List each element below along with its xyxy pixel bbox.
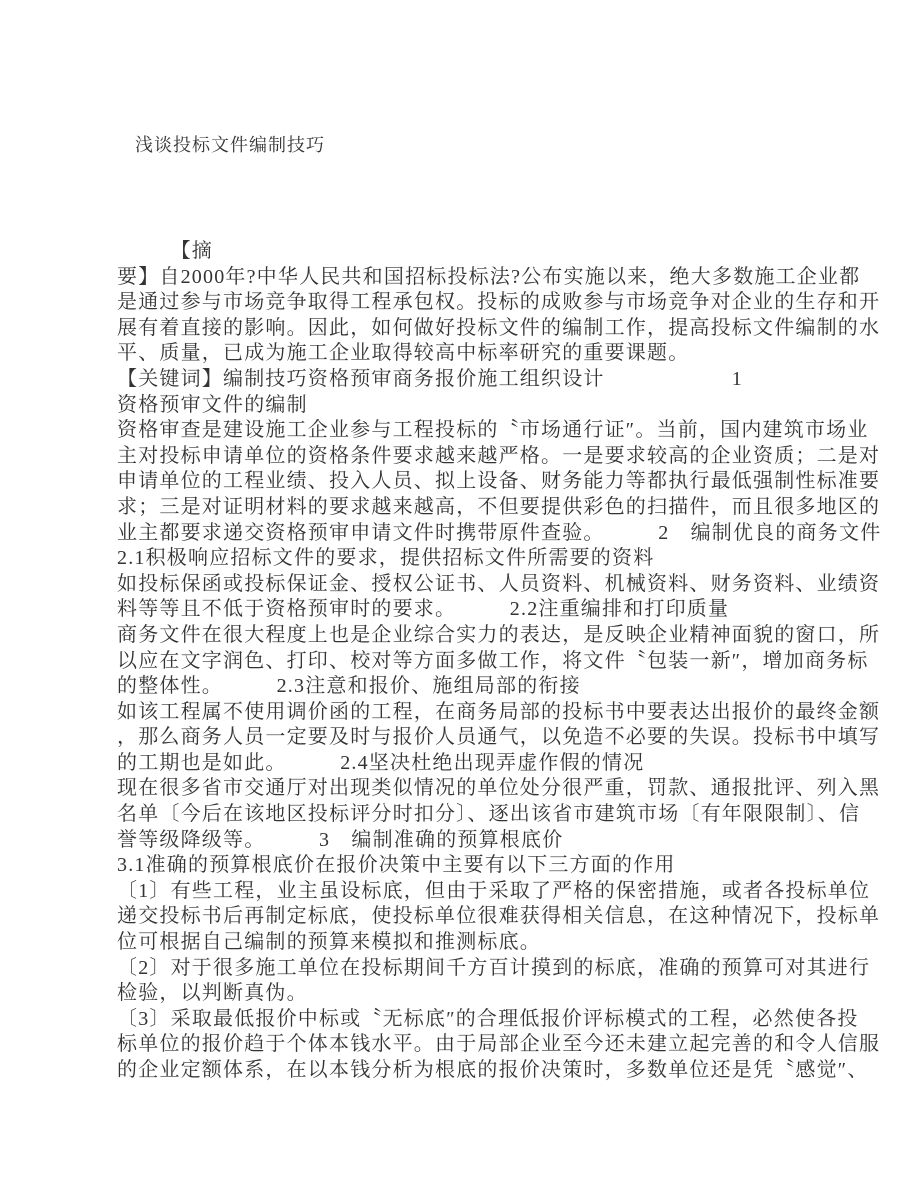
text-line: 标单位的报价趋于个体本钱水平。由于局部企业至今还未建立起完善的和令人信服 [117,1032,897,1058]
text-line: 3.1准确的预算根底价在报价决策中主要有以下三方面的作用 [117,853,897,879]
text-line: 〔1〕有些工程，业主虽设标底，但由于采取了严格的保密措施，或者各投标单位 [117,879,897,905]
document-page: 浅谈投标文件编制技巧 【摘要】自2000年?中华人民共和国招标投标法?公布实施以… [0,0,920,1191]
text-line: 资格审查是建设施工企业参与工程投标的〝市场通行证″。当前，国内建筑市场业 [117,418,897,444]
text-line: 如投标保函或投标保证金、授权公证书、人员资料、机械资料、财务资料、业绩资 [117,572,897,598]
text-line: ，那么商务人员一定要及时与报价人员通气，以免造不必要的失误。投标书中填写 [117,725,897,751]
text-line: 现在很多省市交通厅对出现类似情况的单位处分很严重，罚款、通报批评、列入黑 [117,776,897,802]
text-line: 申请单位的工程业绩、投入人员、拟上设备、财务能力等都执行最低强制性标准要 [117,469,897,495]
text-line: 誉等级降级等。 3 编制准确的预算根底价 [117,828,897,854]
text-line: 主对投标申请单位的资格条件要求越来越严格。一是要求较高的企业资质；二是对 [117,444,897,470]
text-line: 的企业定额体系，在以本钱分析为根底的报价决策时，多数单位还是凭〝感觉″、 [117,1058,897,1084]
document-body: 【摘要】自2000年?中华人民共和国招标投标法?公布实施以来，绝大多数施工企业都… [117,239,897,1084]
text-line: 资格预审文件的编制 [117,393,897,419]
text-line: 【摘 [117,239,897,265]
text-line: 〔2〕对于很多施工单位在投标期间千方百计摸到的标底，准确的预算可对其进行 [117,956,897,982]
text-line: 平、质量，已成为施工企业取得较高中标率研究的重要课题。 [117,341,897,367]
text-line: 要】自2000年?中华人民共和国招标投标法?公布实施以来，绝大多数施工企业都 [117,265,897,291]
text-line: 2.1积极响应招标文件的要求，提供招标文件所需要的资料 [117,546,897,572]
text-line: 的整体性。 2.3注意和报价、施组局部的衔接 [117,674,897,700]
text-line: 以应在文字润色、打印、校对等方面多做工作，将文件〝包装一新″，增加商务标 [117,649,897,675]
text-line: 〔3〕采取最低报价中标或〝无标底″的合理低报价评标模式的工程，必然使各投 [117,1007,897,1033]
text-line: 位可根据自己编制的预算来模拟和推测标底。 [117,930,897,956]
text-line: 递交投标书后再制定标底，使投标单位很难获得相关信息，在这种情况下，投标单 [117,904,897,930]
text-line: 料等等且不低于资格预审时的要求。 2.2注重编排和打印质量 [117,597,897,623]
text-line: 检验，以判断真伪。 [117,981,897,1007]
text-line: 是通过参与市场竞争取得工程承包权。投标的成败参与市场竞争对企业的生存和开 [117,290,897,316]
text-line: 【关键词】编制技巧资格预审商务报价施工组织设计 1 [117,367,897,393]
text-line: 的工期也是如此。 2.4坚决杜绝出现弄虚作假的情况 [117,751,897,777]
text-line: 名单〔今后在该地区投标评分时扣分〕、逐出该省市建筑市场〔有年限限制〕、信 [117,802,897,828]
text-line: 如该工程属不使用调价函的工程，在商务局部的投标书中要表达出报价的最终金额 [117,700,897,726]
text-line: 业主都要求递交资格预审申请文件时携带原件查验。 2 编制优良的商务文件 [117,521,897,547]
text-line: 求；三是对证明材料的要求越来越高，不但要提供彩色的扫描件，而且很多地区的 [117,495,897,521]
text-line: 展有着直接的影响。因此，如何做好投标文件的编制工作，提高投标文件编制的水 [117,316,897,342]
text-line: 商务文件在很大程度上也是企业综合实力的表达，是反映企业精神面貌的窗口，所 [117,623,897,649]
document-title: 浅谈投标文件编制技巧 [135,131,325,157]
